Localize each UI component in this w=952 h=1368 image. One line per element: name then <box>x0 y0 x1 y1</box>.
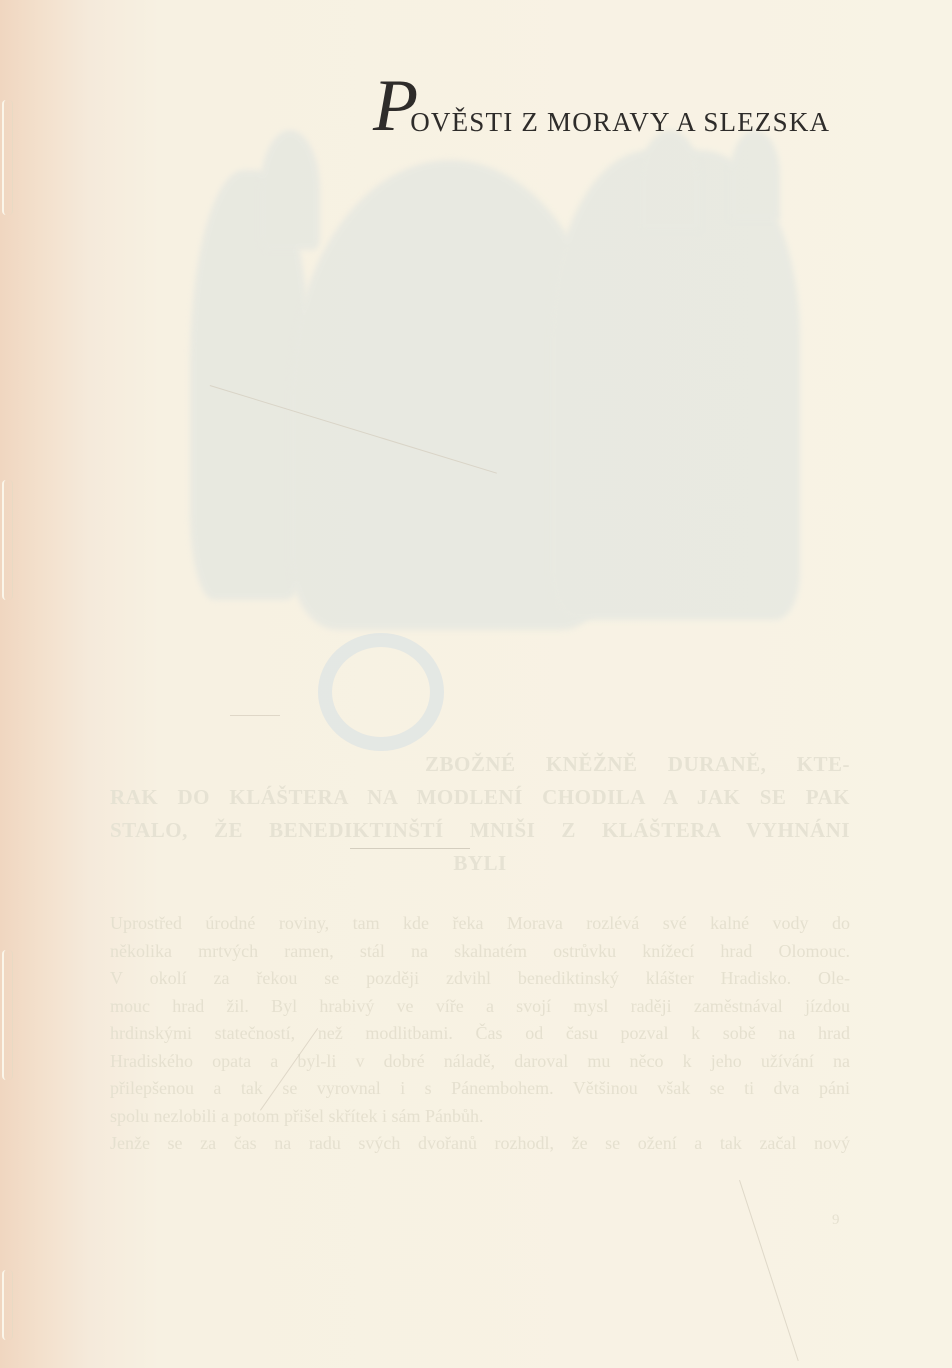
header-title: OVĚSTI Z MORAVY A SLEZSKA <box>410 107 830 140</box>
binding-thread <box>2 480 13 600</box>
show-through-illustration <box>190 130 820 625</box>
binding-thread <box>2 1270 13 1340</box>
paper-scratch <box>230 715 280 716</box>
running-header: P OVĚSTI Z MORAVY A SLEZSKA <box>373 70 830 140</box>
binding-thread <box>2 100 13 215</box>
binding-thread <box>2 950 13 1080</box>
show-through-chapter-title: ZBOŽNÉ KNĚŽNĚ DURANĚ, KTE- RAK DO KLÁŠTE… <box>110 748 850 880</box>
show-through-body-text: Uprostřed úrodné roviny, tam kde řeka Mo… <box>110 910 850 1158</box>
paper-scratch <box>739 1180 799 1361</box>
header-initial: P <box>373 74 418 138</box>
show-through-drop-cap <box>318 633 444 751</box>
book-page: ZBOŽNÉ KNĚŽNĚ DURANĚ, KTE- RAK DO KLÁŠTE… <box>0 0 952 1368</box>
show-through-page-number: 9 <box>832 1212 840 1229</box>
paper-scratch <box>350 848 470 849</box>
